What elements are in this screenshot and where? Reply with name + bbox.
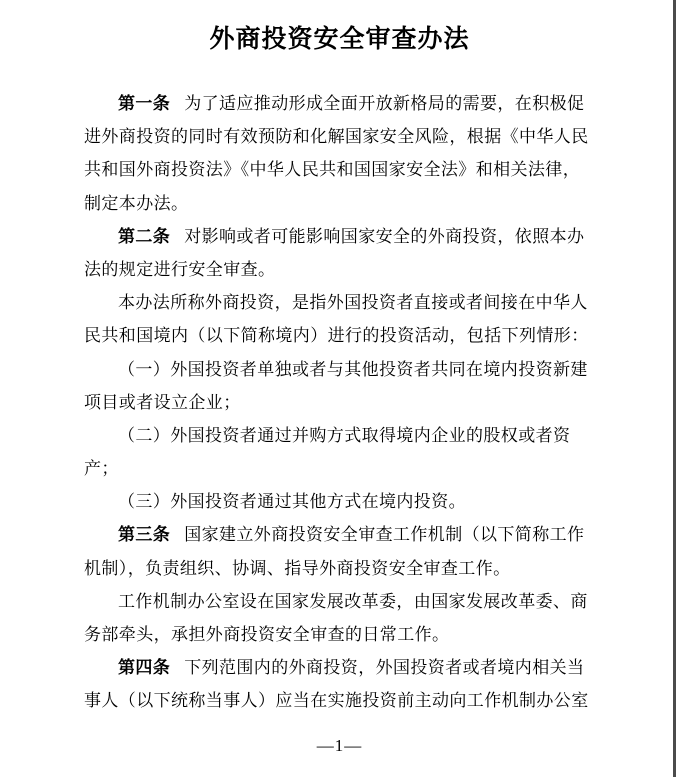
line-text: 下列范围内的外商投资，外国投资者或者境内相关当 bbox=[184, 658, 584, 677]
doc-line: 法的规定进行安全审查。 bbox=[84, 253, 604, 286]
doc-line: 项目或者设立企业； bbox=[84, 386, 604, 419]
line-text: 制定本办法。 bbox=[84, 194, 188, 213]
line-text: （二）外国投资者通过并购方式取得境内企业的股权或者资 bbox=[118, 426, 570, 445]
line-text: （三）外国投资者通过其他方式在境内投资。 bbox=[118, 492, 466, 511]
line-text: 事人（以下统称当事人）应当在实施投资前主动向工作机制办公室 bbox=[84, 691, 589, 710]
window-edge bbox=[673, 0, 676, 777]
doc-line: 第三条国家建立外商投资安全审查工作机制（以下简称工作 bbox=[84, 518, 604, 551]
doc-line: 共和国外商投资法》《中华人民共和国国家安全法》和相关法律， bbox=[84, 153, 604, 186]
doc-line: 务部牵头，承担外商投资安全审查的日常工作。 bbox=[84, 618, 604, 651]
line-text: 为了适应推动形成全面开放新格局的需要，在积极促 bbox=[184, 94, 584, 113]
doc-line: 民共和国境内（以下简称境内）进行的投资活动，包括下列情形： bbox=[84, 319, 604, 352]
line-text: 对影响或者可能影响国家安全的外商投资，依照本办 bbox=[184, 227, 584, 246]
article-number: 第四条 bbox=[118, 658, 170, 677]
doc-line: 机制），负责组织、协调、指导外商投资安全审查工作。 bbox=[84, 552, 604, 585]
article-number: 第三条 bbox=[118, 525, 170, 544]
line-text: 民共和国境内（以下简称境内）进行的投资活动，包括下列情形： bbox=[84, 326, 589, 345]
document-title: 外商投资安全审查办法 bbox=[0, 19, 679, 55]
doc-line: 进外商投资的同时有效预防和化解国家安全风险，根据《中华人民 bbox=[84, 120, 604, 153]
page-number: —1— bbox=[0, 736, 679, 756]
line-text: 产； bbox=[84, 459, 119, 478]
line-text: 共和国外商投资法》《中华人民共和国国家安全法》和相关法律， bbox=[84, 160, 580, 179]
doc-line: （二）外国投资者通过并购方式取得境内企业的股权或者资 bbox=[84, 419, 604, 452]
line-text: 法的规定进行安全审查。 bbox=[84, 260, 275, 279]
line-text: （一）外国投资者单独或者与其他投资者共同在境内投资新建 bbox=[118, 360, 588, 379]
doc-line: 事人（以下统称当事人）应当在实施投资前主动向工作机制办公室 bbox=[84, 684, 604, 717]
doc-line: （一）外国投资者单独或者与其他投资者共同在境内投资新建 bbox=[84, 353, 604, 386]
line-text: 进外商投资的同时有效预防和化解国家安全风险，根据《中华人民 bbox=[84, 127, 589, 146]
line-text: 本办法所称外商投资，是指外国投资者直接或者间接在中华人 bbox=[118, 293, 588, 312]
article-number: 第二条 bbox=[118, 227, 170, 246]
doc-line: （三）外国投资者通过其他方式在境内投资。 bbox=[84, 485, 604, 518]
doc-line: 第四条下列范围内的外商投资，外国投资者或者境内相关当 bbox=[84, 651, 604, 684]
line-text: 务部牵头，承担外商投资安全审查的日常工作。 bbox=[84, 625, 449, 644]
line-text: 机制），负责组织、协调、指导外商投资安全审查工作。 bbox=[84, 559, 511, 578]
doc-line: 本办法所称外商投资，是指外国投资者直接或者间接在中华人 bbox=[84, 286, 604, 319]
doc-line: 第一条为了适应推动形成全面开放新格局的需要，在积极促 bbox=[84, 87, 604, 120]
document-body: 第一条为了适应推动形成全面开放新格局的需要，在积极促 进外商投资的同时有效预防和… bbox=[84, 87, 604, 718]
line-text: 工作机制办公室设在国家发展改革委，由国家发展改革委、商 bbox=[118, 592, 588, 611]
line-text: 项目或者设立企业； bbox=[84, 393, 241, 412]
doc-line: 第二条对影响或者可能影响国家安全的外商投资，依照本办 bbox=[84, 220, 604, 253]
line-text: 国家建立外商投资安全审查工作机制（以下简称工作 bbox=[184, 525, 584, 544]
doc-line: 制定本办法。 bbox=[84, 187, 604, 220]
doc-line: 工作机制办公室设在国家发展改革委，由国家发展改革委、商 bbox=[84, 585, 604, 618]
document-page: { "page": { "title": "外商投资安全审查办法", "page… bbox=[0, 0, 679, 777]
doc-line: 产； bbox=[84, 452, 604, 485]
article-number: 第一条 bbox=[118, 94, 170, 113]
